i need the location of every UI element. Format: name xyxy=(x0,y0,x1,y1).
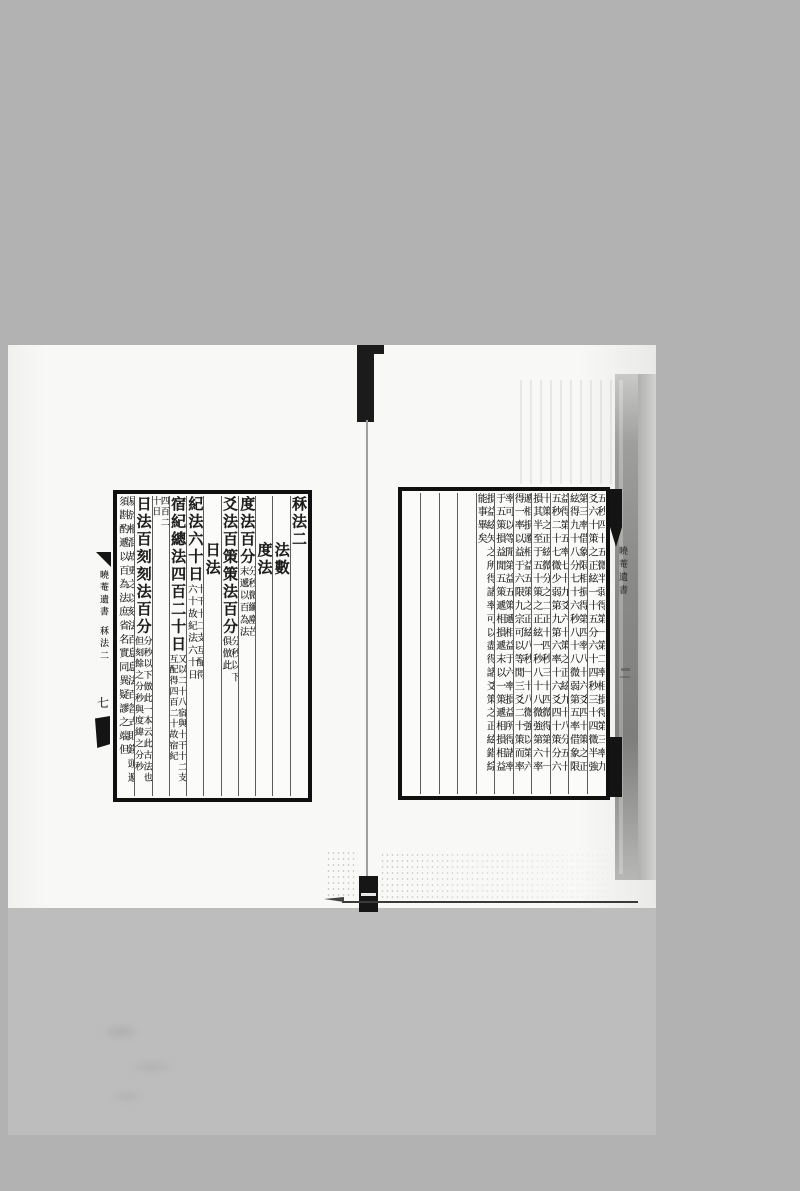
text-column: 五秒四十五微半弱得第一第二率相損得第三率九爻六十策之正絃一十五分六十四秒三十四微… xyxy=(587,493,605,794)
entry-text: 紀法六十日 xyxy=(186,496,202,584)
text-column: 度法百分分秒微纖塵芒末遞以百為法 xyxy=(238,496,255,796)
page-number: 七 xyxy=(97,694,109,711)
right-fold-book-title: 曉菴遺書 xyxy=(617,546,630,598)
annotation-text: 四百二十日 xyxy=(152,496,169,532)
text-column: 損益絃矢之所得諸率可以盡得諸爻策之正絃錯綜能事畢矣 xyxy=(476,493,494,794)
annotation-text: 易於相混故更之以刻法百息息法百曶式則錢頭遞須斟酌遞以百為法庶省名實同異疑謬之端但 xyxy=(118,496,134,788)
empty-column xyxy=(439,493,457,794)
empty-column xyxy=(457,493,475,794)
scan-noise-left xyxy=(326,850,358,900)
entry-text: 度法百分 xyxy=(238,496,254,566)
faint-smudge xyxy=(85,1012,205,1112)
entry-heading: 度法 xyxy=(255,542,271,577)
bleed-through-streaks xyxy=(520,380,612,484)
gutter-fold-nick xyxy=(361,893,376,896)
text-column: 法數 xyxy=(272,496,289,796)
entry-text: 爻法百策策法百分 xyxy=(221,496,237,636)
annotation-text: 遞相損遷相益五策之正絃八秒一十八微強以第六得一率以益于六限九宗可以等閒三爻二十策… xyxy=(513,493,531,787)
annotation-text: 五秒四十五微半弱得第一第二率相損得第三率九爻六十策之正絃一十五分六十四秒三十四微… xyxy=(587,493,605,787)
centerfold-black-bar-top xyxy=(610,489,622,527)
gutter-fold-bar-top xyxy=(357,345,374,422)
entry-heading: 日法 xyxy=(204,542,220,577)
scanned-book-spread: { "colors": { "background": "#b2b2b2", "… xyxy=(0,0,800,1191)
text-column: 遞相損遷相益五策之正絃八秒一十八微強以第六得一率以益于六限九宗可以等閒三爻二十策… xyxy=(513,493,531,794)
gutter-fold-notch xyxy=(372,345,384,354)
empty-column xyxy=(420,493,438,794)
text-column: 宿紀總法四百二十日又以二十八宿與十干十二支互配得四百二十故宿紀 xyxy=(169,496,186,796)
annotation-text: 十干十二支互配得六十故紀法六十日 xyxy=(186,584,203,684)
left-text-block: 秝法二 法數 度法 度法百分分秒微纖塵芒末遞以百為法 爻法百策策法百分分秒以下俱… xyxy=(113,490,312,802)
text-column: 四百二十日 xyxy=(152,496,169,796)
text-column: 秝法二 xyxy=(290,496,307,796)
fold-small-mark-2 xyxy=(620,676,630,678)
entry-text: 宿紀總法四百二十日 xyxy=(169,496,185,654)
section-heading: 秝法二 xyxy=(290,496,306,549)
gutter-fold-line xyxy=(366,420,368,878)
text-column: 易於相混故更之以刻法百息息法百曶式則錢頭遞須斟酌遞以百為法庶省名實同異疑謬之端但 xyxy=(118,496,134,796)
annotation-text: 又以二十八宿與十干十二支互配得四百二十故宿紀 xyxy=(169,654,186,786)
annotation-text: 分秒微纖塵芒末遞以百為法 xyxy=(238,566,255,642)
text-column: 十策之正絃微分之二正十四秒三十四微得第十一損其半至于五十策之正絃一秒八十八微強第… xyxy=(531,493,549,794)
fore-edge-highlight xyxy=(619,380,623,874)
text-column: 率可以等閒第益五策遞相益于六率損益所得諸率于五策損益閒五策遞相損遞末以一策遞相損… xyxy=(494,493,512,794)
entry-heading: 法數 xyxy=(273,542,289,577)
empty-column xyxy=(403,493,420,794)
text-column: 度法 xyxy=(255,496,272,796)
annotation-text: 損益絃矢之所得諸率可以盡得諸爻策之正絃錯綜能事畢矣 xyxy=(476,493,494,787)
right-text-block: 五秒四十五微半弱得第一第二率相損得第三率九爻六十策之正絃一十五分六十四秒三十四微… xyxy=(398,487,610,800)
scan-noise-right xyxy=(380,852,636,900)
text-column: 益得第五率七十九爻六十策之正絃九十八分五十五秒二十七微少弱第九第六率十六爻四十策… xyxy=(550,493,568,794)
scratch-line xyxy=(342,901,638,903)
annotation-text: 率可以等閒第益五策遞相益于六率損益所得諸率于五策損益閒五策遞相損遞末以一策遞相損… xyxy=(495,493,513,787)
annotation-text: 分秒以下倣此一本云此古法也但刻餘之分秒與度緯之分秒 xyxy=(134,636,151,786)
annotation-text: 益得第五率七十九爻六十策之正絃九十八分五十五秒二十七微少弱第九第六率十六爻四十策… xyxy=(550,493,568,787)
text-column: 日法百刻刻法百分分秒以下倣此一本云此古法也但刻餘之分秒與度緯之分秒 xyxy=(134,496,151,796)
centerfold-black-bar-bottom xyxy=(610,737,622,797)
annotation-text: 第三率借象限相損得第四率八十六爻四十策之正絃得九十八分七十六秒八十八微弱第五率借… xyxy=(569,493,587,787)
left-fold-book-title: 曉菴遺書 xyxy=(98,570,111,619)
annotation-text: 十策之正絃微分之二正十四秒三十四微得第十一損其半至于五十策之正絃一秒八十八微強第… xyxy=(532,493,550,787)
fold-wedge-bottom xyxy=(95,716,110,748)
annotation-text: 分秒以下俱倣此 xyxy=(221,636,238,688)
fold-small-mark xyxy=(621,668,630,671)
text-column: 紀法六十日十干十二支互配得六十故紀法六十日 xyxy=(186,496,203,796)
text-column: 爻法百策策法百分分秒以下俱倣此 xyxy=(221,496,238,796)
page-edge-fade xyxy=(638,374,656,880)
text-column: 日法 xyxy=(203,496,220,796)
text-column: 第三率借象限相損得第四率八十六爻四十策之正絃得九十八分七十六秒八十八微弱第五率借… xyxy=(568,493,586,794)
entry-text: 日法百刻刻法百分 xyxy=(135,496,151,636)
left-fold-section-title: 秝法二 xyxy=(98,626,111,663)
